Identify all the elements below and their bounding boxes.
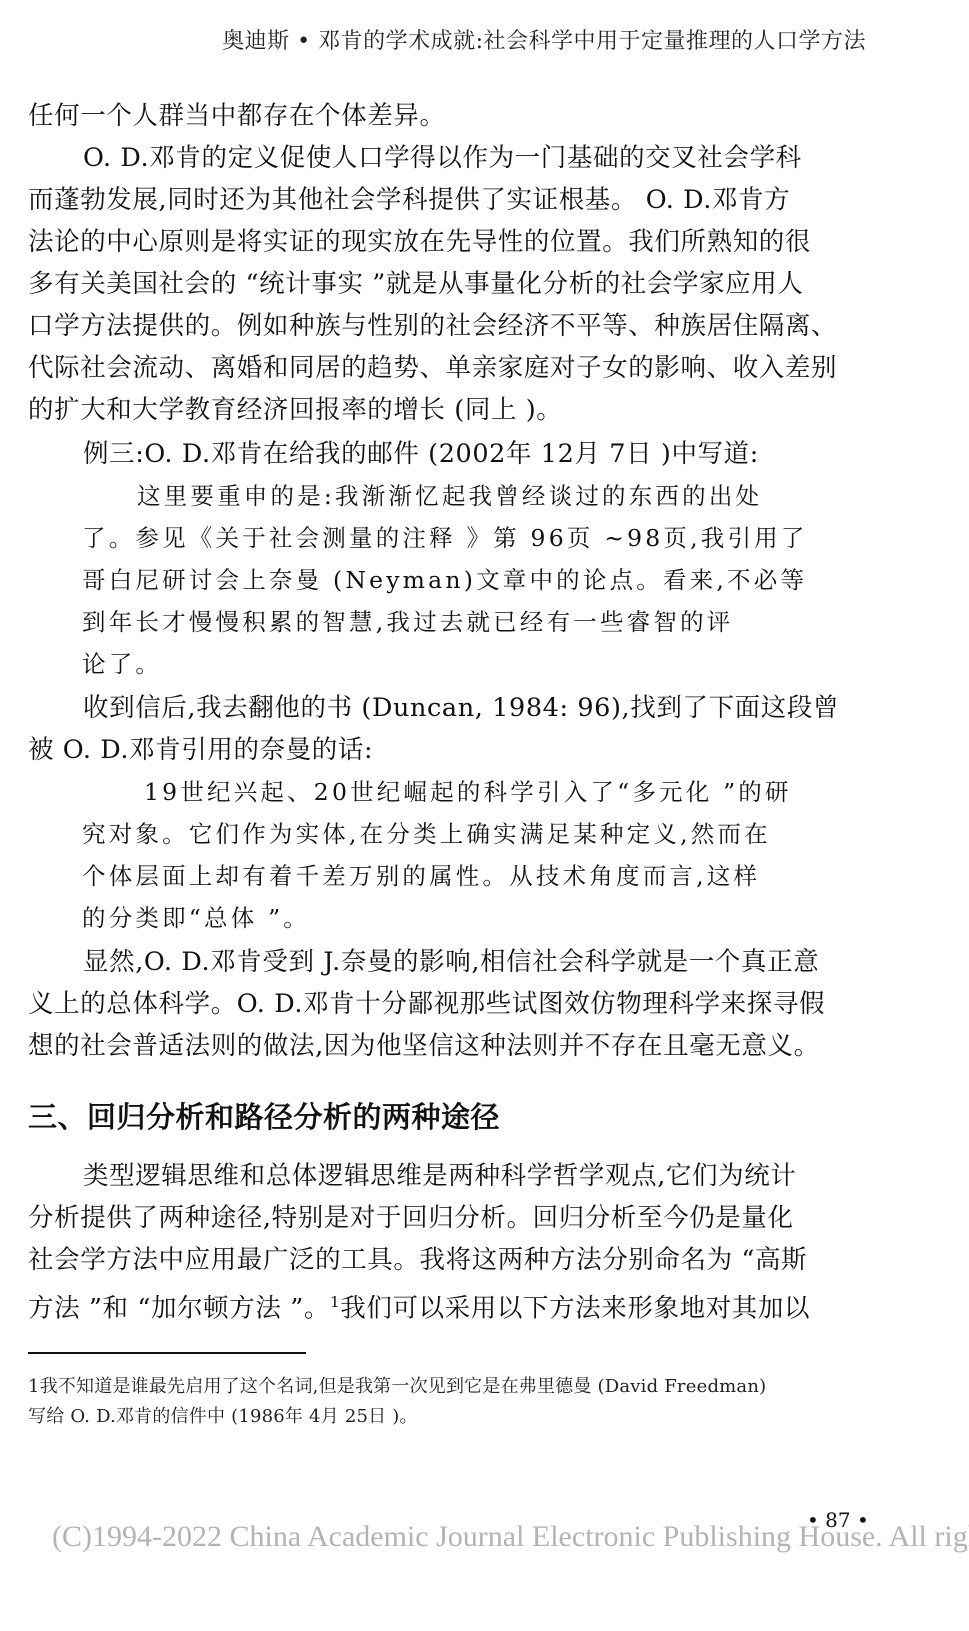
quote-line: 这里要重申的是:我渐渐忆起我曾经谈过的东西的出处: [137, 478, 762, 514]
paragraph-line: 显然,O. D.邓肯受到 J.奈曼的影响,相信社会科学就是一个真正意: [83, 944, 819, 980]
paragraph-line: 任何一个人群当中都存在个体差异。: [28, 98, 446, 134]
section-title: 三、回归分析和路径分析的两种途径: [28, 1095, 500, 1136]
footnote-line-1: 1我不知道是谁最先启用了这个名词,但是我第一次见到它是在弗里德曼 (David …: [28, 1372, 766, 1398]
footnote-divider: [28, 1352, 306, 1354]
line-text-after: 我们可以采用以下方法来形象地对其加以: [340, 1294, 810, 1324]
quote-line: 个体层面上却有着千差万别的属性。从技术角度而言,这样: [82, 858, 760, 894]
paragraph-line: 多有关美国社会的 “统计事实 ”就是从事量化分析的社会学家应用人: [28, 266, 804, 302]
quote-line: 了。参见《关于社会测量的注释 》第 96页 ~98页,我引用了: [82, 520, 808, 556]
paragraph-line: 收到信后,我去翻他的书 (Duncan, 1984: 96),找到了下面这段曾: [83, 690, 839, 726]
quote-line: 哥白尼研讨会上奈曼 (Neyman)文章中的论点。看来,不必等: [82, 562, 807, 598]
paragraph-line: 法论的中心原则是将实证的现实放在先导性的位置。我们所熟知的很: [28, 224, 811, 260]
quote-line: 论了。: [82, 646, 162, 682]
quote-line: 究对象。它们作为实体,在分类上确实满足某种定义,然而在: [82, 816, 771, 852]
line-text-before: 方法 ”和 “加尔顿方法 ”。: [28, 1294, 330, 1324]
quote-line: 的分类即“总体 ”。: [82, 900, 310, 936]
page-number: • 87 •: [807, 1508, 869, 1532]
paragraph-line: 社会学方法中应用最广泛的工具。我将这两种方法分别命名为 “高斯: [28, 1242, 807, 1278]
paragraph-line: 类型逻辑思维和总体逻辑思维是两种科学哲学观点,它们为统计: [83, 1158, 796, 1194]
paragraph-line: 想的社会普适法则的做法,因为他坚信这种法则并不存在且毫无意义。: [28, 1028, 820, 1064]
footnote-line-2: 写给 O. D.邓肯的信件中 (1986年 4月 25日 )。: [28, 1402, 418, 1428]
paragraph-line: O. D.邓肯的定义促使人口学得以作为一门基础的交叉社会学科: [83, 140, 802, 176]
footnote-reference[interactable]: 1: [330, 1293, 340, 1311]
quote-line: 19世纪兴起、20世纪崛起的科学引入了“多元化 ”的研: [144, 774, 792, 810]
paragraph-line: 被 O. D.邓肯引用的奈曼的话:: [28, 732, 373, 768]
paragraph-line: 代际社会流动、离婚和同居的趋势、单亲家庭对子女的影响、收入差别: [28, 350, 837, 386]
paragraph-line-with-footnote-ref: 方法 ”和 “加尔顿方法 ”。1我们可以采用以下方法来形象地对其加以: [28, 1284, 810, 1327]
paragraph-line: 口学方法提供的。例如种族与性别的社会经济不平等、种族居住隔离、: [28, 308, 837, 344]
quote-line: 到年长才慢慢积累的智慧,我过去就已经有一些睿智的评: [82, 604, 733, 640]
paragraph-line: 分析提供了两种途径,特别是对于回归分析。回归分析至今仍是量化: [28, 1200, 794, 1236]
paragraph-line: 义上的总体科学。O. D.邓肯十分鄙视那些试图效仿物理科学来探寻假: [28, 986, 825, 1022]
running-header: 奥迪斯 • 邓肯的学术成就:社会科学中用于定量推理的人口学方法: [0, 24, 866, 55]
paragraph-line: 而蓬勃发展,同时还为其他社会学科提供了实证根基。 O. D.邓肯方: [28, 182, 790, 218]
paragraph-line: 例三:O. D.邓肯在给我的邮件 (2002年 12月 7日 )中写道:: [83, 436, 759, 472]
paragraph-line: 的扩大和大学教育经济回报率的增长 (同上 )。: [28, 392, 562, 428]
